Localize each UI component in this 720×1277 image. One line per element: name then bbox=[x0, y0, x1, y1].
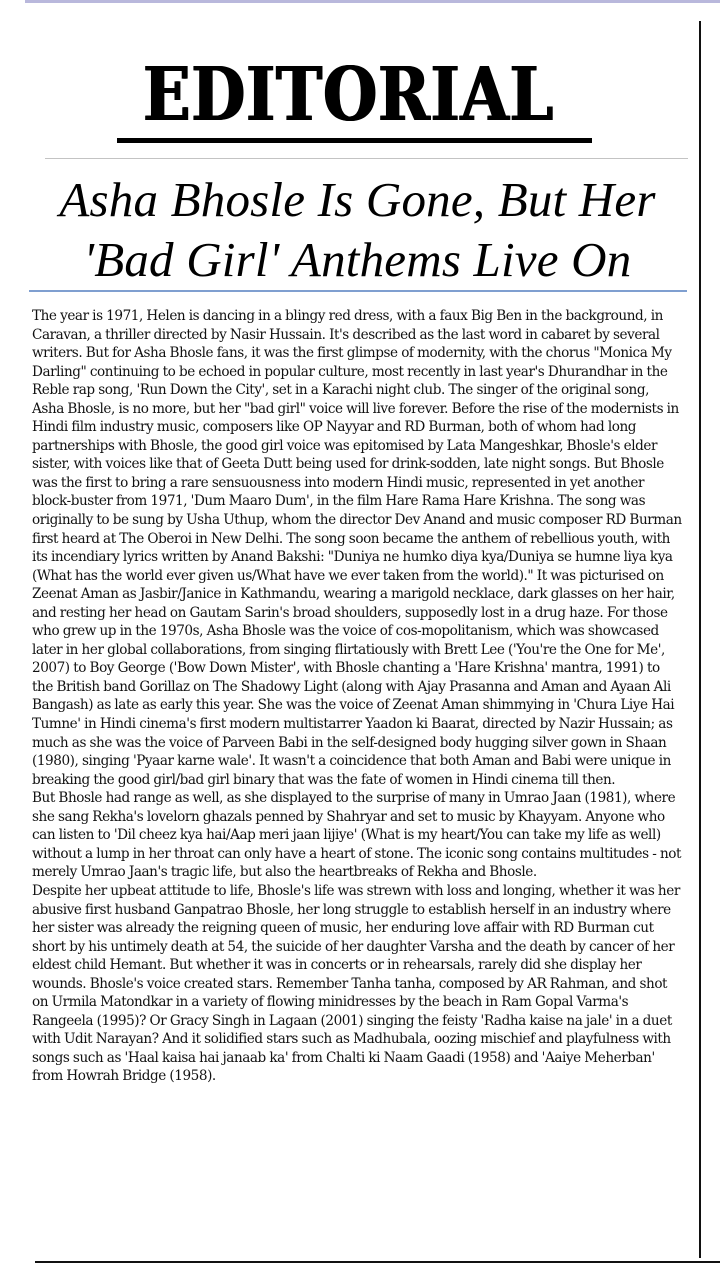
article-paragraph-1: The year is 1971, Helen is dancing in a … bbox=[32, 307, 684, 789]
masthead-container: EDITORIAL bbox=[0, 56, 698, 134]
masthead-separator bbox=[45, 158, 688, 159]
article-paragraph-3: Despite her upbeat attitude to life, Bho… bbox=[32, 882, 684, 1086]
masthead-underline bbox=[117, 138, 592, 143]
headline-line-2: 'Bad Girl' Anthems Live On bbox=[84, 232, 632, 287]
headline-line-1: Asha Bhosle Is Gone, But Her bbox=[59, 172, 655, 227]
section-label: EDITORIAL bbox=[144, 56, 555, 134]
article-paragraph-2: But Bhosle had range as well, as she dis… bbox=[32, 789, 684, 882]
bottom-page-rule bbox=[35, 1261, 720, 1263]
top-page-rule bbox=[25, 0, 720, 3]
article-body: The year is 1971, Helen is dancing in a … bbox=[32, 307, 684, 1086]
headline-separator bbox=[29, 290, 687, 292]
article-headline: Asha Bhosle Is Gone, But Her 'Bad Girl' … bbox=[0, 170, 715, 290]
